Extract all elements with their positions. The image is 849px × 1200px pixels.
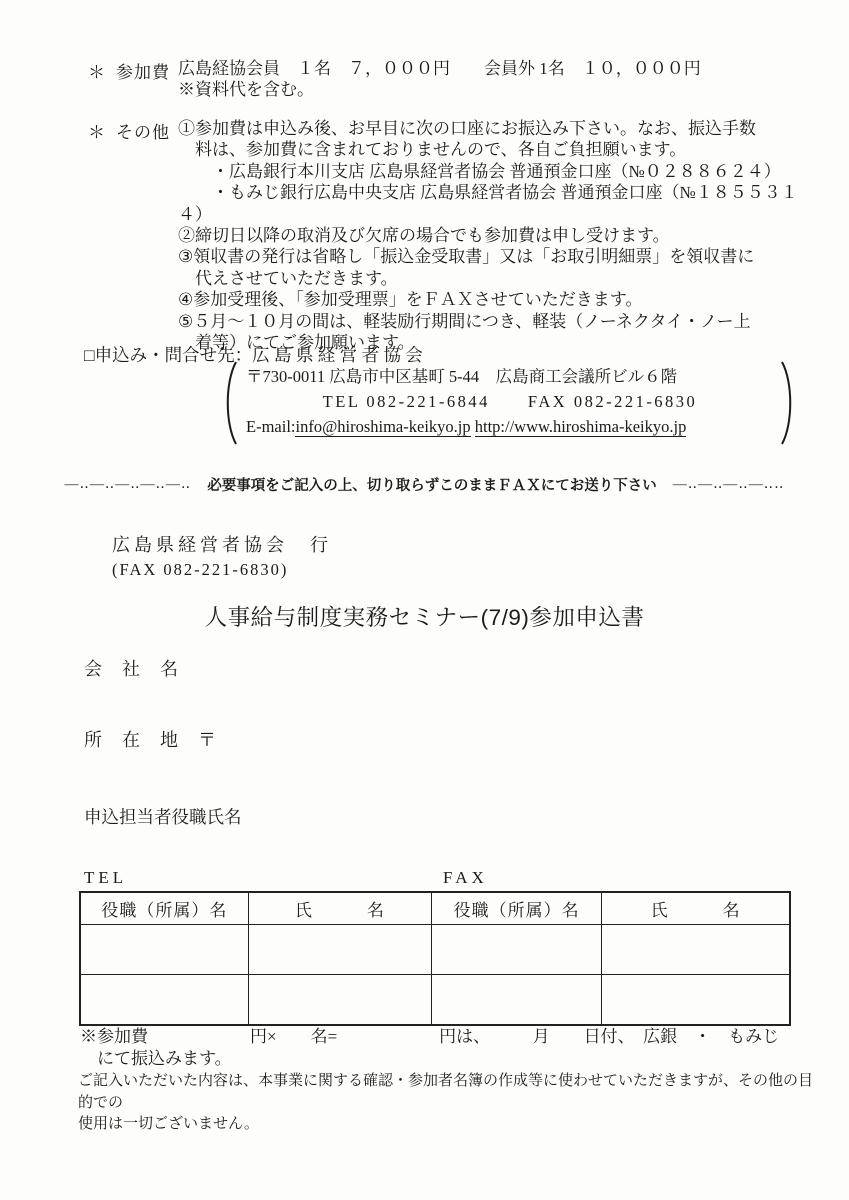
fax-label: FAX — [443, 868, 488, 888]
payment-note: ※参加費 円× 名= 円は、 月 日付、 広銀 ・ もみじ にて振込みます。 — [80, 1026, 779, 1070]
recipient-block: 広島県経営者協会 行 (FAX 082-221-6830) — [112, 532, 332, 582]
fee-bullet: ＊ — [88, 58, 116, 83]
table-row — [80, 925, 790, 975]
form-title: 人事給与制度実務セミナー(7/9)参加申込書 — [0, 600, 849, 632]
blank-cell — [431, 925, 601, 975]
tel-label: TEL — [84, 868, 127, 888]
participants-table: 役職（所属）名 氏 名 役職（所属）名 氏 名 — [79, 891, 791, 1026]
header-title-dept-2: 役職（所属）名 — [431, 892, 601, 925]
cut-line-dashes-right: ―‥―‥―‥―‥‥ — [673, 476, 785, 493]
contact-online: E-mail:info@hiroshima-keikyo.jp http://w… — [246, 414, 774, 439]
header-name-1: 氏 名 — [248, 892, 431, 925]
table-header-row: 役職（所属）名 氏 名 役職（所属）名 氏 名 — [80, 892, 790, 925]
cut-line: ―‥―‥―‥―‥―‥ 必要事項をご記入の上、切り取らずこのままＦＡＸにてお送り下… — [0, 474, 849, 495]
blank-cell — [248, 975, 431, 1026]
notes-label: その他 — [116, 118, 178, 143]
blank-cell — [431, 975, 601, 1026]
recipient-name: 広島県経営者協会 行 — [112, 532, 332, 558]
right-bracket — [780, 360, 796, 446]
applicant-label: 申込担当者役職氏名 — [84, 804, 242, 829]
header-name-2: 氏 名 — [602, 892, 790, 925]
company-address-label: 所 在 地 〒 — [84, 726, 217, 752]
fee-label: 参加費 — [116, 58, 178, 83]
table-row — [80, 975, 790, 1026]
contact-detail-block: 〒730-0011 広島市中区基町 5-44 広島商工会議所ビル６階 TEL 0… — [222, 360, 796, 446]
website-url: http://www.hiroshima-keikyo.jp — [475, 417, 687, 437]
privacy-note: ご記入いただいた内容は、本事業に関する確認・参加者名簿の作成等に使わせていただき… — [78, 1070, 818, 1135]
fee-text: 広島経協会員 １名 ７，０００円 会員外 1名 １０，０００円 ※資料代を含む。 — [178, 58, 701, 101]
recipient-fax: (FAX 082-221-6830) — [112, 558, 332, 582]
notes-section: ＊ その他 ①参加費は申込み後、お早目に次の口座にお振込み下さい。なお、振込手数… — [88, 118, 828, 353]
cut-line-dashes-left: ―‥―‥―‥―‥―‥ — [65, 476, 192, 493]
contact-address: 〒730-0011 広島市中区基町 5-44 広島商工会議所ビル６階 — [246, 364, 774, 389]
notes-text: ①参加費は申込み後、お早目に次の口座にお振込み下さい。なお、振込手数 料は、参加… — [178, 118, 828, 353]
blank-cell — [80, 925, 248, 975]
email-label: E-mail: — [246, 417, 295, 436]
company-name-label: 会 社 名 — [84, 655, 179, 681]
blank-cell — [248, 925, 431, 975]
left-bracket — [222, 360, 238, 446]
scanned-fax-application-form: ＊ 参加費 広島経協会員 １名 ７，０００円 会員外 1名 １０，０００円 ※資… — [0, 0, 849, 1200]
header-title-dept-1: 役職（所属）名 — [80, 892, 248, 925]
notes-bullet: ＊ — [88, 118, 116, 143]
email-address: info@hiroshima-keikyo.jp — [295, 417, 470, 437]
fee-section: ＊ 参加費 広島経協会員 １名 ７，０００円 会員外 1名 １０，０００円 ※資… — [88, 58, 808, 101]
blank-cell — [80, 975, 248, 1026]
blank-cell — [602, 975, 790, 1026]
contact-phones: TEL 082-221-6844 FAX 082-221-6830 — [246, 389, 774, 414]
cut-line-message: 必要事項をご記入の上、切り取らずこのままＦＡＸにてお送り下さい — [207, 474, 657, 495]
blank-cell — [602, 925, 790, 975]
